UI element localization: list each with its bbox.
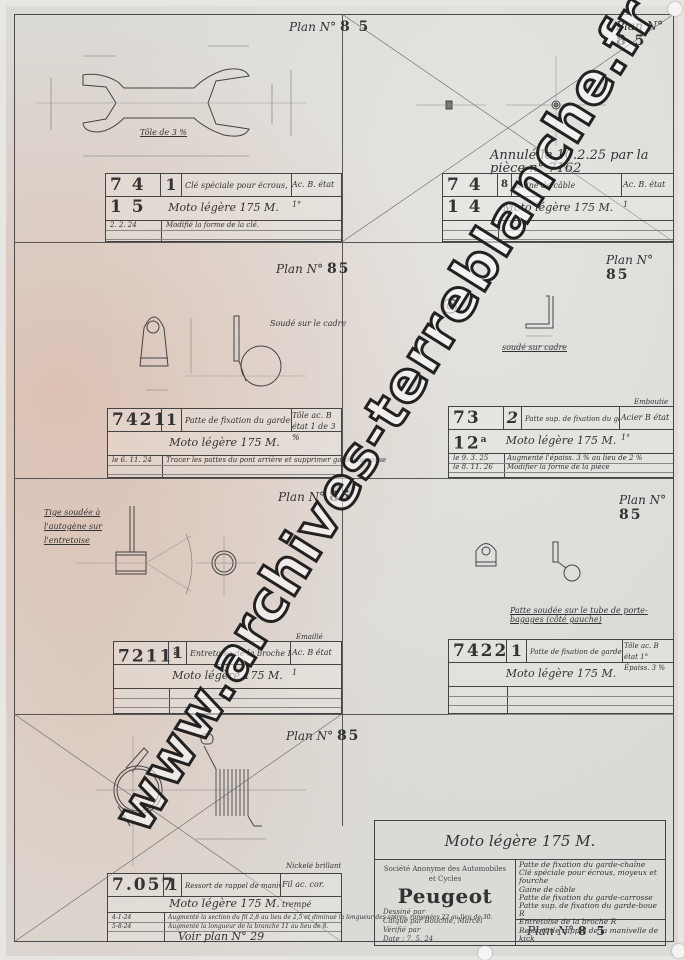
plan-number-7312a: Plan N° 85: [606, 253, 678, 283]
part-number: 73 12a: [449, 407, 504, 429]
model: Moto légère 175 M.: [106, 196, 341, 221]
material: Ac. B. état 1: [620, 174, 673, 196]
pin-hole-top-right: [668, 2, 682, 16]
model: Moto légère 175 M.: [449, 662, 673, 687]
plan-number-7415: Plan N° 8 5: [289, 19, 370, 35]
material: Tôle ac. B état 1° Épaiss. 3 %: [621, 640, 673, 662]
title-model: Moto légère 175 M.: [375, 821, 665, 860]
title-block: Moto légère 175 M. Société Anonyme des A…: [374, 820, 666, 946]
description: Patte sup. de fixation du garde-boue AR: [522, 407, 620, 429]
description: Ressort de rappel de manivelle: [182, 874, 281, 896]
drawn-by: Dessiné par: [375, 908, 515, 917]
finish-note-7057: Nickelé brillant: [286, 862, 341, 870]
note-7211a: Tige soudée à l'autogène sur l'entretois…: [44, 506, 124, 548]
note-7415: Tôle de 3 %: [140, 128, 187, 137]
verified-by: Vérifié par: [375, 926, 515, 935]
part-number: 7 4 1 5: [106, 174, 161, 196]
part-table-7057: 7.057 1 Ressort de rappel de manivelle F…: [107, 873, 342, 942]
company-block: Société Anonyme des Automobileset Cycles…: [375, 859, 516, 945]
material: Acier B état 1°: [618, 407, 673, 429]
part-number: 7211a: [114, 642, 169, 664]
description: Patte de fixation du garde-carrosse et g…: [182, 409, 292, 431]
title-plan-number: Plan N° 8 5: [515, 915, 665, 945]
quantity: 1: [169, 642, 187, 664]
part-table-7415: 7 4 1 5 1 Clé spéciale pour écrous, moye…: [105, 173, 342, 242]
part-number: 7422: [449, 640, 507, 662]
pin-hole-bottom-right: [672, 944, 684, 958]
company-name: Société Anonyme des Automobiles: [384, 865, 506, 873]
drawing-sheet: Plan N° 8 5 Plan N° 8 5 Plan N° 85 Plan …: [6, 6, 678, 956]
plan-number-7057: Plan N° 85: [286, 728, 360, 744]
note-7421: Soudé sur le cadre: [270, 319, 346, 328]
quantity: 1: [164, 874, 182, 896]
quantity: 1: [507, 640, 527, 662]
material: Fil ac. cor. trempé: [279, 874, 341, 896]
parts-list-item: Clé spéciale pour écrous, moyeux et four…: [519, 869, 661, 885]
note-7422: Patte soudée sur le tube de porte-bagage…: [510, 606, 678, 624]
plan-number-7421: Plan N° 85: [276, 261, 350, 277]
model: Moto légère 175 M.: [108, 896, 341, 913]
finish-note-7312a: Emboutie: [634, 398, 668, 406]
see-plan-note: Voir plan N° 29: [178, 930, 264, 943]
material: Ac. B état 1: [289, 642, 341, 664]
part-table-7422: 7422 1 Patte de fixation de garde-chaîne…: [448, 639, 674, 714]
quantity: 1: [161, 174, 182, 196]
quantity: 2: [504, 407, 522, 429]
description: Patte de fixation de garde-chaîne: [527, 640, 623, 662]
model: Moto légère 175 M.: [449, 429, 673, 454]
traced-by: Calqué par Bouchié, Marcel: [375, 917, 515, 926]
description: Clé spéciale pour écrous, moyeux et four…: [182, 174, 292, 196]
part-table-7312a: 73 12a 2 Patte sup. de fixation du garde…: [448, 406, 674, 478]
drawing-date: Date : 7. 5. 24: [375, 935, 515, 944]
plan-number-7422: Plan N° 85: [619, 493, 678, 523]
material: Tôle ac. B état 1 de 3 %: [289, 409, 341, 431]
note-7312a: soudé sur cadre: [502, 343, 567, 352]
part-number: 7421: [108, 409, 162, 431]
model: Moto légère 175 M.: [108, 431, 341, 456]
peugeot-logo: Peugeot: [375, 884, 515, 908]
finish-note-7211a: Emaillé: [296, 633, 323, 641]
parts-list: Patte de fixation du garde-chaîne Clé sp…: [515, 859, 665, 920]
part-table-7421: 7421 1 Patte de fixation du garde-carros…: [107, 408, 342, 478]
material: Ac. B. état 1°: [289, 174, 341, 196]
quantity: 1: [162, 409, 182, 431]
revision-row: le 8. 11. 26Modifier la forme de la pièc…: [449, 463, 673, 473]
part-number: 7.057: [108, 874, 164, 896]
pin-hole-bottom: [478, 946, 492, 960]
